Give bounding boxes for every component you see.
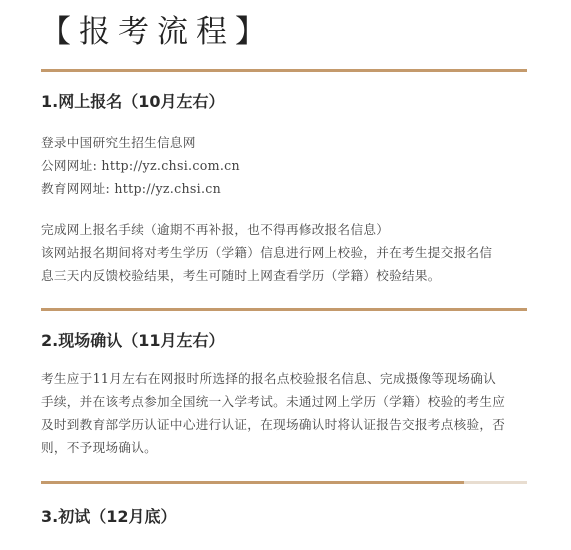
- section-divider-1: [41, 69, 527, 72]
- text-line: 考生应于11月左右在网报时所选择的报名点校验报名信息、完成摄像等现场确认: [41, 367, 531, 390]
- section-heading-online-registration: 1.网上报名（10月左右）: [41, 91, 224, 113]
- edu-url-line: 教育网网址: http://yz.chsi.cn: [41, 177, 531, 200]
- section-divider-3: [41, 481, 527, 484]
- text-line: 及时到教育部学历认证中心进行认证，在现场确认时将认证报告交报考点核验，否: [41, 413, 531, 436]
- text-line: 完成网上报名手续（逾期不再补报，也不得再修改报名信息）: [41, 218, 531, 241]
- section-divider-2: [41, 308, 527, 311]
- section-heading-preliminary-exam: 3.初试（12月底）: [41, 506, 176, 528]
- section-1-paragraph-1: 登录中国研究生招生信息网 公网网址: http://yz.chsi.com.cn…: [41, 131, 531, 200]
- section-1-paragraph-2: 完成网上报名手续（逾期不再补报，也不得再修改报名信息） 该网站报名期间将对考生学…: [41, 218, 531, 287]
- text-line: 则，不予现场确认。: [41, 436, 531, 459]
- page-title: 【报考流程】: [40, 12, 274, 52]
- section-2-paragraph-1: 考生应于11月左右在网报时所选择的报名点校验报名信息、完成摄像等现场确认 手续，…: [41, 367, 531, 459]
- public-url-line: 公网网址: http://yz.chsi.com.cn: [41, 154, 531, 177]
- text-line: 该网站报名期间将对考生学历（学籍）信息进行网上校验，并在考生提交报名信: [41, 241, 531, 264]
- text-line: 手续，并在该考点参加全国统一入学考试。未通过网上学历（学籍）校验的考生应: [41, 390, 531, 413]
- text-line: 息三天内反馈校验结果，考生可随时上网查看学历（学籍）校验结果。: [41, 264, 531, 287]
- text-line: 登录中国研究生招生信息网: [41, 131, 531, 154]
- section-heading-onsite-confirmation: 2.现场确认（11月左右）: [41, 330, 224, 352]
